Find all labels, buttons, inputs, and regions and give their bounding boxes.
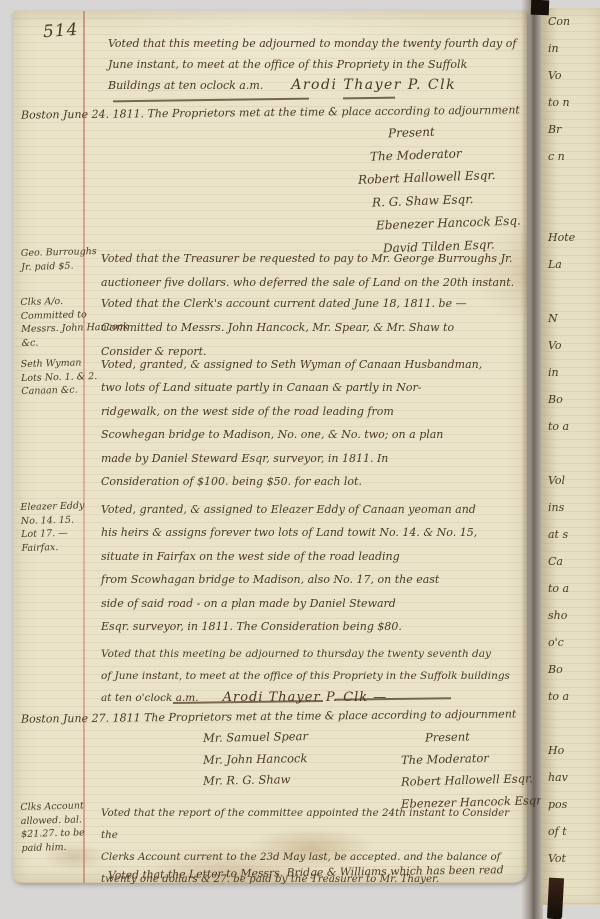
- manuscript-line: from Scowhagan bridge to Madison, also N…: [101, 568, 477, 591]
- margin-note-line: Geo. Burroughs: [21, 245, 99, 261]
- manuscript-line: Buildings at ten oclock a.m.Arodi Thayer…: [108, 75, 516, 96]
- manuscript-line: situate in Fairfax on the west side of t…: [101, 545, 477, 568]
- book-gutter: [521, 0, 543, 919]
- facing-page-text-fragment: Bo: [541, 386, 600, 413]
- bookmark-ribbon-bottom: [547, 878, 564, 919]
- facing-page-text-fragment: Br: [541, 116, 600, 143]
- facing-page-text-fragment: Vo: [541, 332, 600, 359]
- manuscript-line: Voted that this meeting be adjourned to …: [101, 643, 510, 665]
- attendee-row: Mr. John Hancock The Moderator: [13, 752, 527, 774]
- attendee-name: The Moderator: [401, 750, 489, 766]
- manuscript-scan: 514 Voted that this meeting be adjourned…: [0, 0, 600, 919]
- margin-note-burroughs: Geo. BurroughsJr. paid $5.: [21, 245, 100, 274]
- attendee-name: Mr. John Hancock: [203, 751, 308, 767]
- facing-page-text-fragment: c n: [541, 143, 600, 170]
- facing-page-text-fragment: of t: [541, 818, 600, 845]
- facing-page-text-fragment: Con: [541, 8, 600, 35]
- facing-page-text-fragment: to n: [541, 89, 600, 116]
- manuscript-line: Voted that the Clerk's account current d…: [101, 292, 467, 316]
- facing-page-text-fragment: N: [541, 305, 600, 332]
- margin-note-clerks-balance: Clks Accountallowed. bal.$21.27. to bepa…: [20, 799, 99, 855]
- facing-page-text-fragment: sho: [541, 602, 600, 629]
- facing-page-text-fragment: Vo: [541, 62, 600, 89]
- facing-page-text-fragment: [541, 170, 600, 197]
- ink-divider-line: [113, 98, 309, 102]
- adjournment-note-1: Voted that this meeting be adjourned to …: [108, 33, 516, 96]
- manuscript-line: side of said road - on a plan made by Da…: [101, 592, 477, 615]
- manuscript-line: Voted, granted, & assigned to Seth Wyman…: [101, 353, 482, 376]
- facing-page-text-fragment: in: [541, 359, 600, 386]
- manuscript-line: Consideration of $100. being $50. for ea…: [101, 470, 482, 493]
- facing-page-text-fragment: Vol: [541, 467, 600, 494]
- attendee-row: Mr. Samuel Spear Present: [13, 730, 527, 752]
- margin-note-clerks-account: Clks A/o.Committed toMessrs. John Hancoc…: [20, 294, 99, 350]
- attendee-name: Robert Hallowell Esqr.: [401, 771, 533, 788]
- facing-page-text-fragment: to a: [541, 575, 600, 602]
- margin-note-line: Jr. paid $5.: [21, 258, 99, 274]
- margin-note-seth-wyman: Seth WymanLots No. 1. & 2.Canaan &c.: [20, 356, 99, 399]
- manuscript-line: of June instant, to meet at the office o…: [101, 665, 510, 687]
- margin-note-line: Canaan &c.: [21, 383, 99, 399]
- facing-page-text-fragment: Ca: [541, 548, 600, 575]
- manuscript-line: made by Daniel Steward Esqr, surveyor, i…: [101, 447, 482, 470]
- facing-page-text-fragment: [541, 710, 600, 737]
- session-date-line-june24: Boston June 24. 1811. The Proprietors me…: [21, 103, 520, 121]
- clerk-signature: Arodi Thayer P. Clk: [291, 77, 456, 93]
- manuscript-line: Committed to Messrs. John Hancock, Mr. S…: [101, 316, 467, 340]
- facing-page-text-fragment: pos: [541, 791, 600, 818]
- margin-note-line: &c.: [21, 334, 99, 350]
- ink-divider-line: [343, 97, 395, 99]
- facing-page-text-fragment: ins: [541, 494, 600, 521]
- attendee-row: Mr. R. G. Shaw Robert Hallowell Esqr.: [13, 773, 527, 795]
- facing-page-text-fragment: [541, 440, 600, 467]
- attendee-name: Mr. Samuel Spear: [203, 729, 308, 745]
- facing-page-text-fragment: hav: [541, 764, 600, 791]
- margin-note-eleazer-eddy: Eleazer EddyNo. 14. 15.Lot 17. —Fairfax.: [20, 499, 99, 555]
- facing-page-text-fragment: Bo: [541, 656, 600, 683]
- attendee-name: Mr. R. G. Shaw: [203, 772, 291, 788]
- facing-page-text-fragment: Hote: [541, 224, 600, 251]
- margin-note-line: Fairfax.: [21, 539, 99, 555]
- manuscript-line: Voted, granted, & assigned to Eleazer Ed…: [101, 498, 477, 521]
- manuscript-line: Voted that the Treasurer be requested to…: [101, 247, 514, 271]
- manuscript-line: Voted that this meeting be adjourned to …: [108, 33, 516, 54]
- facing-page-text-fragment: to a: [541, 683, 600, 710]
- facing-page-text-fragment: [541, 278, 600, 305]
- margin-note-line: Messrs. John Hancock: [21, 321, 99, 337]
- facing-page-text-fragment: o'c: [541, 629, 600, 656]
- facing-page-text-fragment: Ho: [541, 737, 600, 764]
- manuscript-line: Esqr. surveyor, in 1811. The Considerati…: [101, 615, 477, 638]
- facing-page-text-fragment: at s: [541, 521, 600, 548]
- bookmark-ribbon-top: [531, 0, 550, 15]
- manuscript-line-text: Buildings at ten oclock a.m.: [108, 79, 263, 92]
- manuscript-line: June instant, to meet at the office of t…: [108, 54, 516, 75]
- facing-page-text-fragment: in: [541, 35, 600, 62]
- facing-page-text-fragment: La: [541, 251, 600, 278]
- manuscript-line: Scowhegan bridge to Madison, No. one, & …: [101, 423, 482, 446]
- manuscript-line: his heirs & assigns forever two lots of …: [101, 521, 477, 544]
- manuscript-line: ridgewalk, on the west side of the road …: [101, 400, 482, 423]
- manuscript-line: two lots of Land situate partly in Canaa…: [101, 376, 482, 399]
- facing-page-text-fragment: to a: [541, 413, 600, 440]
- session-date-line-june27: Boston June 27. 1811 The Proprietors met…: [21, 707, 516, 725]
- margin-note-line: Lots No. 1. & 2.: [21, 369, 99, 385]
- manuscript-line: Voted that the report of the committee a…: [101, 802, 527, 846]
- minute-seth-wyman: Voted, granted, & assigned to Seth Wyman…: [101, 353, 482, 493]
- present-heading: Present: [425, 729, 470, 744]
- facing-page-text-fragment: Vot: [541, 845, 600, 872]
- manuscript-page: 514 Voted that this meeting be adjourned…: [13, 11, 527, 883]
- minute-eleazer-eddy: Voted, granted, & assigned to Eleazer Ed…: [101, 498, 477, 638]
- facing-page-edge: ConinVoto nBrc n HoteLa NVoinBoto a Voli…: [541, 8, 600, 905]
- facing-page-text-fragment: [541, 197, 600, 224]
- margin-note-line: paid him.: [21, 839, 99, 855]
- page-number: 514: [42, 20, 79, 42]
- adjournment-note-2: Voted that this meeting be adjourned to …: [101, 643, 510, 709]
- present-list-june24: PresentThe ModeratorRobert Hallowell Esq…: [358, 120, 521, 258]
- minute-burroughs: Voted that the Treasurer be requested to…: [101, 247, 514, 295]
